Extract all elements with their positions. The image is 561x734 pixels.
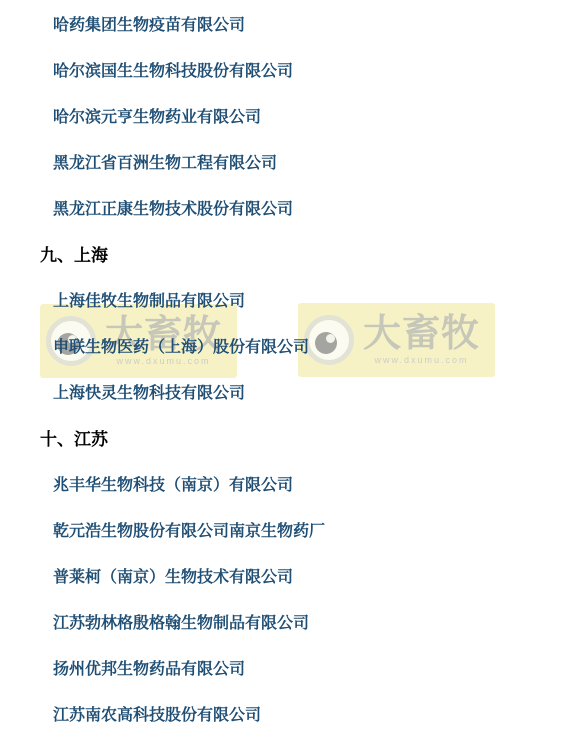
company-name: 扬州优邦生物药品有限公司 — [0, 644, 561, 690]
company-name: 兆丰华生物科技（南京）有限公司 — [0, 460, 561, 506]
company-name: 哈尔滨元亨生物药业有限公司 — [0, 92, 561, 138]
company-name: 黑龙江正康生物技术股份有限公司 — [0, 184, 561, 230]
company-list: 哈药集团生物疫苗有限公司 哈尔滨国生生物科技股份有限公司 哈尔滨元亨生物药业有限… — [0, 0, 561, 734]
company-name: 哈尔滨国生生物科技股份有限公司 — [0, 46, 561, 92]
company-name: 江苏南农高科技股份有限公司 — [0, 690, 561, 734]
company-name: 黑龙江省百洲生物工程有限公司 — [0, 138, 561, 184]
company-name: 上海快灵生物科技有限公司 — [0, 368, 561, 414]
document-page: 大畜牧 www.dxumu.com 大畜牧 www.dxumu.com 哈药集团… — [0, 0, 561, 734]
company-name: 江苏勃林格殷格翰生物制品有限公司 — [0, 598, 561, 644]
company-name: 申联生物医药（上海）股份有限公司 — [0, 322, 561, 368]
company-name: 乾元浩生物股份有限公司南京生物药厂 — [0, 506, 561, 552]
section-header-shanghai: 九、上海 — [0, 230, 561, 276]
company-name: 上海佳牧生物制品有限公司 — [0, 276, 561, 322]
section-header-jiangsu: 十、江苏 — [0, 414, 561, 460]
company-name: 普莱柯（南京）生物技术有限公司 — [0, 552, 561, 598]
company-name: 哈药集团生物疫苗有限公司 — [0, 0, 561, 46]
